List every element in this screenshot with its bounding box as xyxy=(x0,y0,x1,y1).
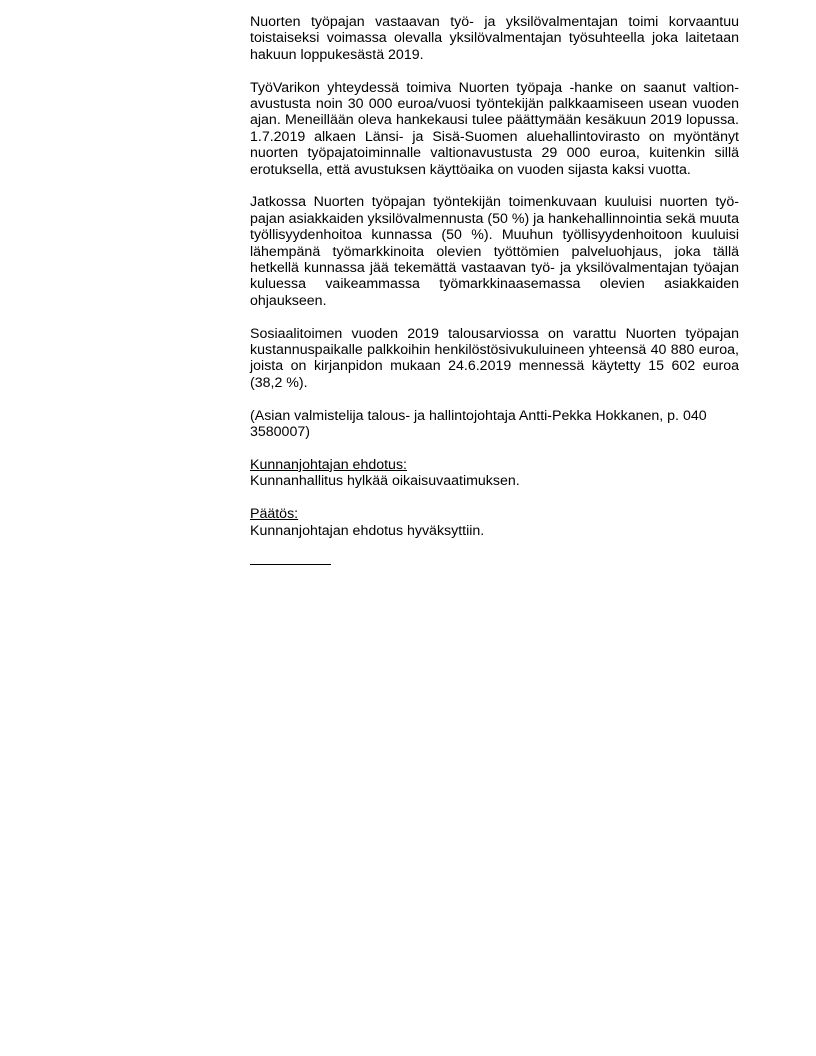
decision-heading: Päätös: xyxy=(250,506,739,522)
paragraph-duties: Jatkossa Nuorten työpajan työntekijän to… xyxy=(250,194,739,309)
paragraph-preparer: (Asian valmistelija talous- ja hallintoj… xyxy=(250,408,739,441)
decision-text: Kunnanjohtajan ehdotus hyväksyttiin. xyxy=(250,523,739,539)
paragraph-intro: Nuorten työpajan vastaavan työ- ja yksil… xyxy=(250,14,739,63)
proposal-text: Kunnanhallitus hylkää oikaisuvaatimuksen… xyxy=(250,473,739,489)
paragraph-budget: Sosiaalitoimen vuoden 2019 talousarvioss… xyxy=(250,326,739,392)
paragraph-funding: TyöVarikon yhteydessä toimiva Nuorten ty… xyxy=(250,80,739,178)
end-separator-line xyxy=(250,564,331,565)
proposal-section: Kunnanjohtajan ehdotus: Kunnanhallitus h… xyxy=(250,457,739,490)
proposal-heading: Kunnanjohtajan ehdotus: xyxy=(250,457,739,473)
document-page: Nuorten työpajan vastaavan työ- ja yksil… xyxy=(250,14,739,565)
decision-section: Päätös: Kunnanjohtajan ehdotus hyväksytt… xyxy=(250,506,739,539)
